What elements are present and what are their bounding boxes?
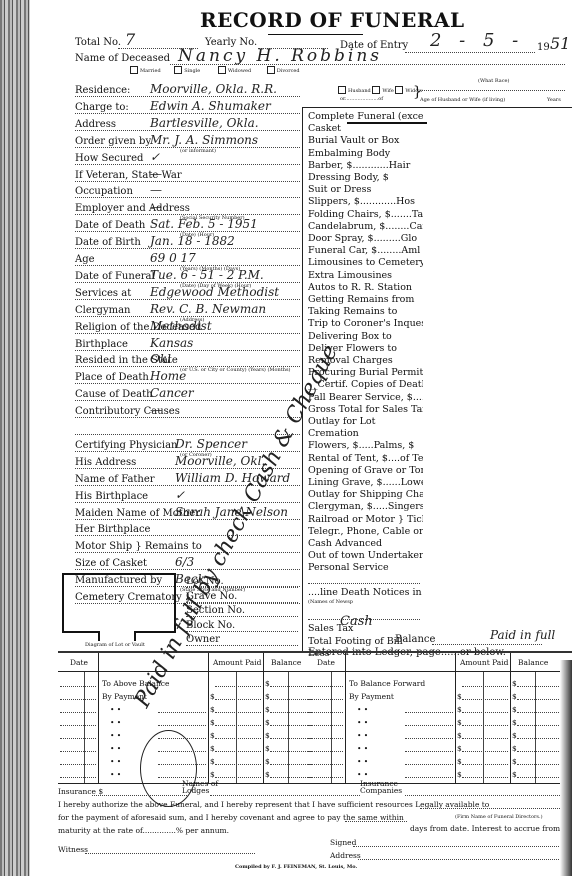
balance-line: [432, 644, 542, 645]
authorize-line-3: maturity at the rate of..............% p…: [58, 826, 229, 835]
field-value[interactable]: Bartlesville, Okla.: [150, 116, 259, 130]
checkbox-divorced[interactable]: Divorced: [267, 68, 300, 74]
ledger-subcolumn-divider: [236, 671, 237, 783]
charge-item: Opening of Grave or Tomb: [308, 465, 423, 476]
field-line: [75, 299, 300, 300]
total-no-label: Total No.: [75, 37, 121, 48]
age-spouse-note: Age of Husband or Wife (if living): [420, 97, 505, 103]
name-of-deceased-label: Name of Deceased: [75, 53, 170, 64]
ledger-amount-cell[interactable]: [215, 725, 261, 726]
charge-item: Casket: [308, 123, 423, 134]
ledger-desc-cell[interactable]: [405, 764, 453, 765]
ledger-amount-cell[interactable]: [215, 751, 261, 752]
field-value[interactable]: Cancer: [150, 386, 194, 400]
ditto-marks: • •: [110, 770, 121, 779]
ledger-balance-cell[interactable]: [517, 686, 559, 687]
balance-label: Balance: [395, 634, 435, 645]
ledger-date-cell[interactable]: [307, 712, 343, 713]
ledger-column-divider: [510, 653, 511, 783]
ledger-header-amount: Amount Paid: [213, 658, 261, 667]
ledger-date-cell[interactable]: [60, 686, 96, 687]
ledger-balance-cell[interactable]: [517, 751, 559, 752]
field-label: His Birthplace: [75, 491, 148, 502]
witness-line[interactable]: [85, 853, 255, 854]
lot-diagram-base-left: [62, 631, 100, 633]
ledger-desc-cell[interactable]: [405, 712, 453, 713]
charge-item: Embalming Body: [308, 148, 423, 159]
ledger-header-date: Date: [70, 658, 88, 667]
charge-item: Lining Grave, $......Lowe: [308, 477, 423, 488]
ditto-marks: • •: [357, 757, 368, 766]
ditto-marks: • •: [357, 718, 368, 727]
ditto-marks: • •: [110, 731, 121, 740]
charge-item: Delivering Box to: [308, 331, 423, 342]
field-line: [75, 350, 300, 351]
field-line: [75, 519, 300, 520]
spouse-checkboxes: Husband Wife Widow: [338, 86, 423, 94]
field-value[interactable]: Edgewood Methodist: [150, 285, 279, 299]
ledger-header-date: Date: [317, 658, 335, 667]
field-label: Her Birthplace: [75, 524, 150, 535]
charge-item: Dressing Body, $: [308, 172, 423, 183]
charge-item: Personal Service: [308, 562, 423, 573]
field-value[interactable]: —: [150, 403, 162, 417]
field-line: [75, 130, 300, 131]
field-label: Residence:: [75, 85, 130, 96]
charge-item: Slippers, $............Hos: [308, 196, 423, 207]
ditto-marks: • •: [357, 705, 368, 714]
charge-item: Barber, $............Hair: [308, 160, 423, 171]
ledger-date-cell[interactable]: [60, 751, 96, 752]
ledger-subcolumn-divider: [84, 671, 85, 783]
field-label: Employer and Address: [75, 203, 190, 214]
field-label: Clergyman: [75, 305, 130, 316]
field-line: [75, 383, 300, 384]
field-line: [75, 248, 300, 249]
ledger-amount-cell[interactable]: [462, 777, 508, 778]
charge-item: Flowers, $.....Palms, $: [308, 440, 423, 451]
ledger-balance-cell[interactable]: [517, 764, 559, 765]
ledger-amount-cell[interactable]: [462, 699, 508, 700]
book-binding-edge: [0, 0, 30, 876]
field-value[interactable]: Methodist: [150, 319, 212, 333]
field-label: Name of Father: [75, 474, 155, 485]
ditto-marks: • •: [110, 757, 121, 766]
ledger-amount-cell[interactable]: [215, 686, 261, 687]
ledger-amount-cell[interactable]: [215, 712, 261, 713]
charge-item: Outlay for Shipping Charge: [308, 489, 423, 500]
charge-item: Rental of Tent, $....of Ten: [308, 453, 423, 464]
ledger-column-divider: [98, 653, 99, 783]
field-line: [75, 96, 300, 97]
field-label: Date of Birth: [75, 237, 141, 248]
field-line: [75, 417, 300, 418]
charge-item: Suit or Dress: [308, 184, 423, 195]
firm-name-note: (Firm Name of Funeral Directors.): [455, 814, 543, 820]
field-label: Birthplace: [75, 339, 128, 350]
charge-item: Outlay for Lot: [308, 416, 423, 427]
ledger-date-cell[interactable]: [60, 738, 96, 739]
ledger-desc-cell[interactable]: [405, 751, 453, 752]
field-value[interactable]: ✓: [150, 150, 160, 164]
insurance-companies-line: [405, 795, 562, 796]
field-value[interactable]: ✓: [175, 488, 185, 502]
names-of-lodges-label: Names of Lodges: [182, 780, 222, 794]
field-line: [75, 197, 300, 198]
complete-funeral-underline: [347, 122, 427, 124]
ledger-amount-cell[interactable]: [215, 738, 261, 739]
ledger-desc-cell[interactable]: [405, 777, 453, 778]
field-label: Services at: [75, 288, 131, 299]
ledger-desc-cell[interactable]: [158, 725, 206, 726]
charge-item: Out of town Undertaker's C: [308, 550, 423, 561]
less-value[interactable]: Cash: [340, 614, 373, 629]
ditto-marks: • •: [110, 718, 121, 727]
checkbox-single[interactable]: Single: [174, 68, 200, 74]
checkbox-wife[interactable]: Wife: [372, 88, 393, 94]
field-value[interactable]: Edwin A. Shumaker: [150, 99, 271, 113]
field-label: Motor Ship } Remains to: [75, 541, 202, 552]
field-label: How Secured: [75, 153, 143, 164]
spouse-of-line: or.....................of: [340, 96, 383, 102]
field-value[interactable]: —: [150, 167, 162, 181]
ledger-subcolumn-divider: [483, 671, 484, 783]
field-value[interactable]: Rev. C. B. Newman: [150, 302, 266, 316]
field-label: Date of Funeral: [75, 271, 155, 282]
charge-item: Getting Remains from: [308, 294, 423, 305]
ditto-marks: • •: [110, 705, 121, 714]
ledger-date-cell[interactable]: [307, 699, 343, 700]
ledger-amount-cell[interactable]: [215, 699, 261, 700]
field-value[interactable]: Home: [150, 369, 186, 383]
checkbox-married[interactable]: Married: [130, 68, 161, 74]
ledger-amount-cell[interactable]: [462, 751, 508, 752]
field-label: Occupation: [75, 186, 133, 197]
field-value[interactable]: Jan. 18 - 1882: [150, 234, 235, 248]
lot-field-line[interactable]: [186, 631, 298, 632]
field-value[interactable]: Mr. J. A. Simmons: [150, 133, 258, 147]
ledger-balance-cell[interactable]: [517, 777, 559, 778]
field-line: [75, 552, 300, 553]
ledger-balance-cell[interactable]: [517, 725, 559, 726]
ledger-header-balance: Balance: [518, 658, 548, 667]
ledger-header-rule: [58, 671, 313, 672]
ledger-date-cell[interactable]: [307, 686, 343, 687]
field-value[interactable]: Dr. Spencer: [175, 437, 247, 451]
ledger-date-cell[interactable]: [60, 764, 96, 765]
field-label: Size of Casket: [75, 558, 147, 569]
charge-item: Candelabrum, $........Car: [308, 221, 423, 232]
field-label: Cause of Death: [75, 389, 153, 400]
spouse-line: [420, 90, 565, 91]
field-value[interactable]: Okl: [150, 352, 171, 366]
panel-top-border: [302, 107, 572, 108]
field-value[interactable]: 6/3: [175, 555, 194, 569]
ledger-subcolumn-divider: [535, 671, 536, 783]
field-line: [75, 164, 300, 165]
charge-item: Gross Total for Sales Tax: [308, 404, 423, 415]
field-label: Place of Death: [75, 372, 149, 383]
field-value[interactable]: Kansas: [150, 336, 193, 350]
page-edge-shadow: [560, 660, 572, 876]
address-line[interactable]: [358, 859, 563, 860]
year-prefix: 19: [537, 42, 550, 53]
compiled-by: Compiled by F. J. FEINEMAN, St. Louis, M…: [235, 864, 357, 870]
ledger-date-cell[interactable]: [60, 712, 96, 713]
field-line: [75, 113, 300, 114]
ledger-balance-cell[interactable]: [517, 712, 559, 713]
field-value[interactable]: Tue. 6 - 51 - 2 P.M.: [150, 268, 264, 282]
field-value[interactable]: —: [150, 200, 162, 214]
date-of-entry-value[interactable]: 2 - 5 -: [430, 30, 524, 51]
ditto-marks: • •: [357, 770, 368, 779]
charge-item: Burial Vault or Box: [308, 135, 423, 146]
field-line: [75, 535, 300, 536]
field-value[interactable]: Sat. Feb. 5 - 1951: [150, 217, 258, 231]
ledger-amount-cell[interactable]: [215, 764, 261, 765]
field-value[interactable]: Moorville, Okla. R.R.: [150, 82, 277, 96]
ledger-header-amount: Amount Paid: [460, 658, 508, 667]
ledger-first-row-label: To Balance Forward: [349, 679, 425, 688]
ledger-column-divider: [345, 653, 346, 783]
charge-item: Taking Remains to: [308, 306, 423, 317]
lot-diagram-post-left: [98, 631, 100, 641]
name-of-deceased-value[interactable]: Nancy H. Robbins: [178, 46, 382, 66]
ledger-date-cell[interactable]: [307, 725, 343, 726]
field-value[interactable]: Moorville, Okl.: [175, 454, 265, 468]
charge-item: Cash Advanced: [308, 538, 423, 549]
address-label: Address: [330, 851, 361, 860]
lot-field-line[interactable]: [186, 645, 298, 646]
ledger-right-table: DateAmount PaidBalanceTo Balance Forward…: [305, 653, 560, 783]
charge-item: Trip to Coroner's Inquest: [308, 318, 423, 329]
days-line: [345, 821, 407, 822]
year-value[interactable]: 51: [550, 34, 570, 53]
charge-item: Complete Funeral (except ou: [308, 111, 423, 122]
title-underline: [268, 34, 363, 35]
charge-item: Limousines to Cemetery: [308, 257, 423, 268]
field-label: Age: [75, 254, 95, 265]
ledger-column-divider: [208, 653, 209, 783]
field-line: [75, 569, 300, 570]
document-title: RECORD OF FUNERAL: [200, 8, 465, 32]
diagram-caption: Diagram of Lot or Vault: [85, 642, 145, 648]
checkbox-widowed[interactable]: Widowed: [218, 68, 251, 74]
charge-item: Pall Bearer Service, $....U: [308, 392, 423, 403]
charge-item: Railroad or Motor } Tickets, $: [308, 514, 423, 525]
ledger-amount-cell[interactable]: [462, 712, 508, 713]
what-race-note: (What Race): [478, 78, 509, 84]
charge-item: Folding Chairs, $.......Tar: [308, 209, 423, 220]
years-note: Years: [547, 97, 561, 103]
field-line: [75, 181, 300, 182]
ledger-date-cell[interactable]: [60, 699, 96, 700]
ledger-date-cell[interactable]: [60, 725, 96, 726]
field-line: [75, 502, 300, 503]
charge-item: (Names of Newsp: [308, 599, 423, 605]
field-label: Address: [75, 119, 116, 130]
ledger-bottom-rule: [305, 783, 560, 784]
ledger-desc-cell[interactable]: [405, 738, 453, 739]
date-of-entry-line: [405, 52, 535, 53]
lot-diagram-post-right: [134, 631, 136, 641]
ledger-desc-cell[interactable]: [158, 712, 206, 713]
ledger-date-cell[interactable]: [60, 777, 96, 778]
insurance-line: [92, 795, 187, 796]
ledger-balance-cell[interactable]: [517, 699, 559, 700]
field-line: [75, 434, 300, 435]
charge-item: ....line Death Notices in: [308, 587, 423, 598]
charge-item: Cremation: [308, 428, 423, 439]
ledger-date-cell[interactable]: [307, 738, 343, 739]
ledger-amount-cell[interactable]: [215, 777, 261, 778]
blank-line: [308, 583, 420, 584]
ledger-date-cell[interactable]: [307, 777, 343, 778]
charge-item: Clergyman, $.....Singers, $: [308, 501, 423, 512]
field-note: (or informant): [180, 148, 216, 154]
total-no-value[interactable]: 7: [125, 30, 135, 49]
signed-line[interactable]: [353, 846, 563, 847]
field-label: Order given by: [75, 136, 151, 147]
field-value[interactable]: —: [150, 183, 162, 197]
marital-status-checkboxes: Married Single Widowed Divorced: [130, 66, 300, 74]
ledger-amount-cell[interactable]: [462, 686, 508, 687]
ditto-marks: • •: [357, 731, 368, 740]
field-label: His Address: [75, 457, 136, 468]
ledger-date-cell[interactable]: [307, 764, 343, 765]
ledger-balance-cell[interactable]: [517, 738, 559, 739]
ledger-header-balance: Balance: [271, 658, 301, 667]
ledger-header-rule: [305, 671, 560, 672]
ditto-marks: • •: [110, 744, 121, 753]
checkbox-husband[interactable]: Husband: [338, 88, 371, 94]
lodges-line: [210, 795, 360, 796]
witness-label: Witness: [58, 845, 88, 854]
ledger-date-cell[interactable]: [307, 751, 343, 752]
field-label: If Veteran, State War: [75, 170, 182, 181]
field-label: Charge to:: [75, 102, 129, 113]
ledger-desc-cell[interactable]: [405, 725, 453, 726]
ledger-subcolumn-divider: [331, 671, 332, 783]
field-line: [75, 400, 300, 401]
field-label: Date of Death: [75, 220, 145, 231]
field-label: Certifying Physician: [75, 440, 178, 451]
firm-name-line: [420, 808, 562, 809]
ledger-amount-cell[interactable]: [462, 738, 508, 739]
field-note: (or U.S. or City or County) (Years) (Mon…: [180, 367, 291, 373]
field-line: [75, 333, 300, 334]
insurance-companies-label: Insurance Companies: [360, 780, 410, 794]
ledger-subcolumn-divider: [288, 671, 289, 783]
charge-item: Funeral Car, $........Aml: [308, 245, 423, 256]
field-label: Contributory Causes: [75, 406, 180, 417]
ditto-marks: • •: [357, 744, 368, 753]
days-from-text: days from date. Interest to accrue from: [410, 824, 560, 833]
ledger-column-divider: [455, 653, 456, 783]
charge-item: Extra Limousines: [308, 270, 423, 281]
charge-item: Telegr., Phone, Cable or Ra: [308, 526, 423, 537]
charge-item: Door Spray, $.........Glo: [308, 233, 423, 244]
ledger-amount-cell[interactable]: [462, 725, 508, 726]
lot-diagram-box: [62, 573, 176, 633]
balance-value[interactable]: Paid in full: [490, 628, 555, 642]
field-value[interactable]: 69 0 17: [150, 251, 196, 265]
ledger-payment-label: By Payment: [349, 692, 394, 701]
ledger-amount-cell[interactable]: [462, 764, 508, 765]
ledger-column-divider: [263, 653, 264, 783]
charge-item: Autos to R. R. Station: [308, 282, 423, 293]
